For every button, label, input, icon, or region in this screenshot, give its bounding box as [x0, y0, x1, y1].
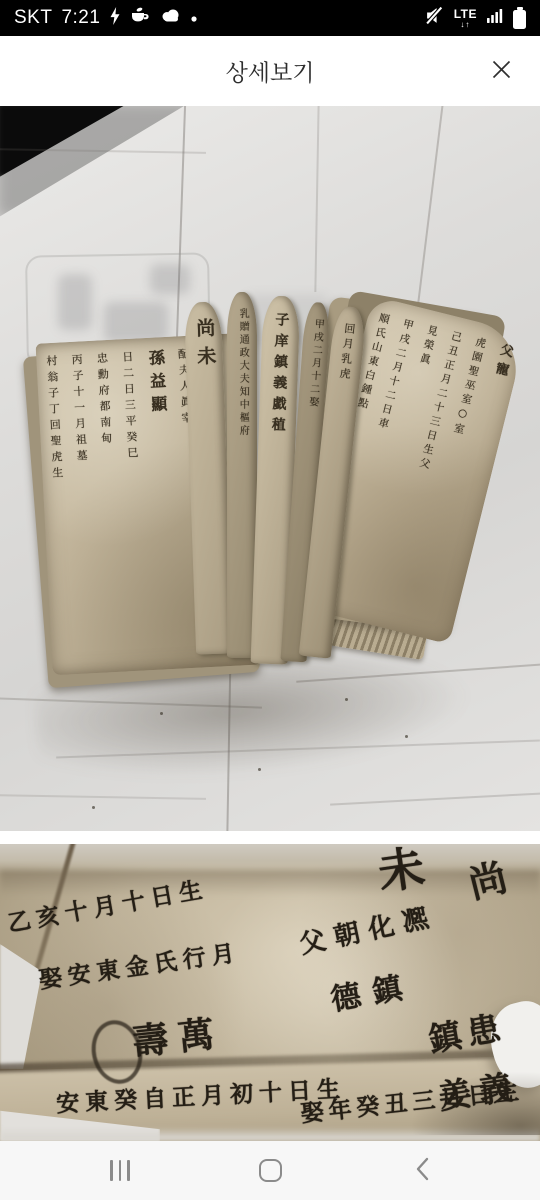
- show-through-blob: [58, 274, 92, 330]
- home-icon: [259, 1159, 282, 1182]
- calligraphy-run: 壽萬: [130, 1005, 227, 1065]
- dust-speck: [160, 712, 163, 715]
- cup-icon: [130, 7, 151, 29]
- calligraphy-run: 德鎮: [327, 961, 417, 1019]
- lte-indicator: LTE ↓↑: [454, 8, 477, 29]
- status-bar: SKT 7:21: [0, 0, 540, 36]
- table-crease-line: [0, 794, 206, 800]
- phone-screen: SKT 7:21: [0, 0, 540, 1200]
- product-photo-2[interactable]: 未 尚 乙亥十月十日生 父朝化凞 娶安東金氏行月 德鎮 壽萬 鎮患 安東癸自正月…: [0, 844, 540, 1141]
- close-icon: [492, 60, 511, 82]
- close-button[interactable]: [486, 56, 516, 86]
- lte-label: LTE: [454, 8, 477, 20]
- status-bar-right: LTE ↓↑: [425, 6, 526, 30]
- table-crease-line: [314, 106, 319, 292]
- home-button[interactable]: [230, 1141, 310, 1200]
- flash-icon: [109, 7, 121, 30]
- status-bar-left: SKT 7:21: [14, 7, 197, 30]
- calligraphy-column: 日二日三平癸巳: [121, 351, 149, 659]
- cloud-icon: [160, 9, 182, 27]
- calligraphy-column: 丙子十一月祖墓: [70, 353, 98, 661]
- dust-speck: [405, 735, 408, 738]
- show-through-blob: [104, 302, 168, 342]
- battery-icon: [513, 7, 526, 29]
- dust-speck: [92, 806, 95, 809]
- calligraphy-column: 尚未: [193, 318, 225, 654]
- dust-speck: [258, 768, 261, 771]
- android-nav-bar: [0, 1141, 540, 1200]
- back-button[interactable]: [382, 1141, 462, 1200]
- recents-button[interactable]: [80, 1141, 160, 1200]
- signal-strength-icon: [487, 8, 503, 28]
- photo-separator: [0, 831, 540, 844]
- calligraphy-column: 乳贈通政大夫知中樞府: [237, 308, 248, 658]
- product-photo-1[interactable]: 守道敬待士郡 七十二日丙戌六月 配夫人眞宰 孫益顯 日二日三平癸巳 忠勳府都南甸…: [0, 106, 540, 831]
- calligraphy-column: 孫益顯: [146, 349, 179, 657]
- calligraphy-run: 娶安東金氏行月: [37, 934, 243, 995]
- page-title: 상세보기: [0, 55, 540, 88]
- calligraphy-run: 父朝化凞: [296, 896, 441, 961]
- show-through-blob: [150, 264, 190, 294]
- calligraphy-column: 忠勳府都南甸: [96, 352, 124, 660]
- notification-dot-icon: [191, 9, 197, 27]
- dust-speck: [345, 698, 348, 701]
- recents-icon: [110, 1160, 130, 1181]
- mute-icon: [425, 6, 444, 30]
- carrier-label: SKT: [14, 7, 52, 29]
- time-label: 7:21: [61, 7, 100, 29]
- detail-view-header: 상세보기: [0, 36, 540, 106]
- table-crease-line: [330, 792, 540, 805]
- lte-arrows: ↓↑: [460, 21, 470, 29]
- calligraphy-column: 村翁子丁回聖虎生: [45, 355, 73, 663]
- back-icon: [415, 1157, 430, 1184]
- calligraphy-run: 未: [374, 844, 429, 903]
